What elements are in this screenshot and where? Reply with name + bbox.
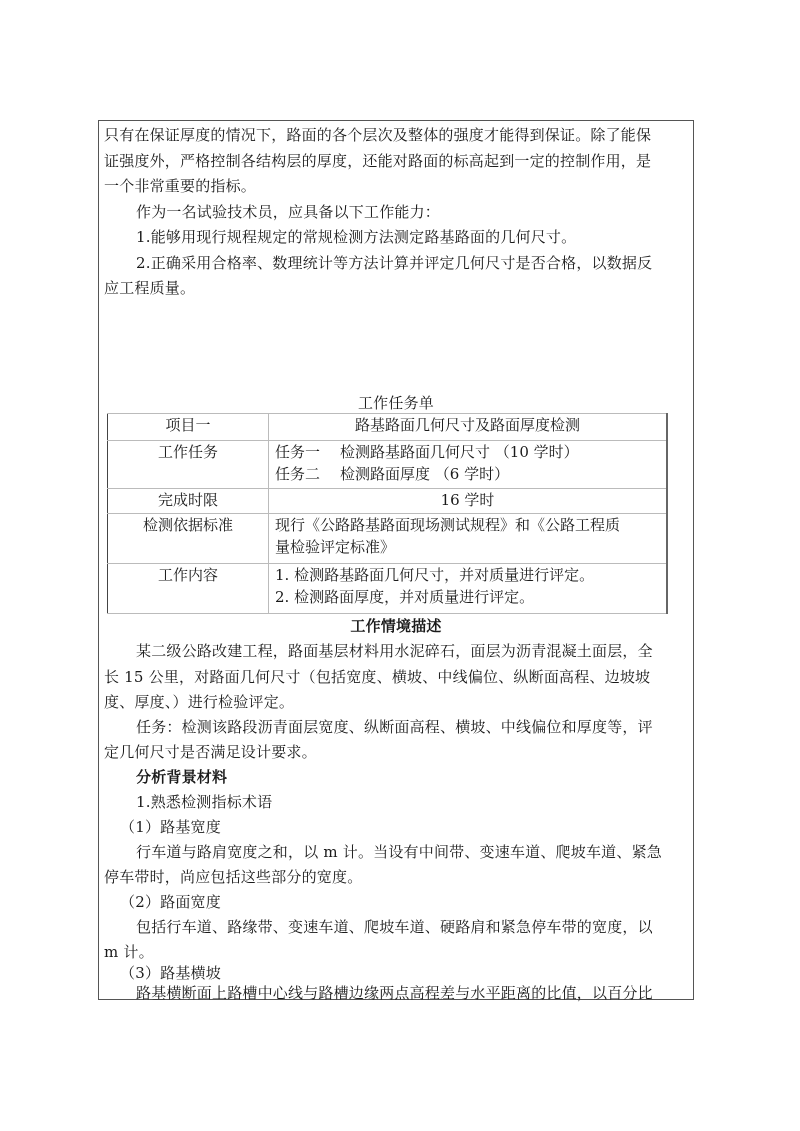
- term-3-line1: 路基横断面上路槽中心线与路槽边缘两点高程差与水平距离的比值，以百分比: [104, 982, 726, 1004]
- row-value: 1. 检测路基路面几何尺寸，并对质量进行评定。 2. 检测路面厚度，并对质量进行…: [269, 564, 668, 614]
- task1-desc: 检测路基路面几何尺寸 （10 学时）: [340, 443, 579, 461]
- task1-name: 任务一: [275, 443, 320, 461]
- row-value: 路基路面几何尺寸及路面厚度检测: [269, 414, 668, 441]
- abilities-intro: 作为一名试验技术员，应具备以下工作能力：: [104, 201, 726, 223]
- scenario-para1-line1: 某二级公路改建工程，路面基层材料用水泥碎石，面层为沥青混凝土面层，全: [104, 640, 726, 662]
- task2-name: 任务二: [275, 465, 320, 483]
- row-value: 16 学时: [269, 489, 668, 514]
- content-item-1: 1. 检测路基路面几何尺寸，并对质量进行评定。: [275, 564, 660, 586]
- term-3-title: （3）路基横坡: [104, 962, 710, 984]
- table-row: 工作内容 1. 检测路基路面几何尺寸，并对质量进行评定。 2. 检测路面厚度，并…: [108, 564, 668, 614]
- row-label: 完成时限: [108, 489, 269, 514]
- table-row: 项目一 路基路面几何尺寸及路面厚度检测: [108, 414, 668, 441]
- scenario-para2-line1: 任务：检测该路段沥青面层宽度、纵断面高程、横坡、中线偏位和厚度等，评: [104, 716, 726, 738]
- table-row: 完成时限 16 学时: [108, 489, 668, 514]
- term-1-line1: 行车道与路肩宽度之和，以 m 计。当设有中间带、变速车道、爬坡车道、紧急: [104, 841, 726, 863]
- scenario-para1-line3: 度、厚度、）进行检验评定。: [104, 691, 694, 713]
- scenario-para1-line2: 长 15 公里，对路面几何尺寸（包括宽度、横坡、中线偏位、纵断面高程、边坡坡: [104, 666, 694, 688]
- task2-desc: 检测路面厚度 （6 学时）: [340, 465, 509, 483]
- task-sheet-table: 项目一 路基路面几何尺寸及路面厚度检测 工作任务 任务一检测路基路面几何尺寸 （…: [107, 413, 668, 614]
- scenario-para2-line2: 定几何尺寸是否满足设计要求。: [104, 741, 694, 763]
- term-1-line2: 停车带时，尚应包括这些部分的宽度。: [104, 866, 694, 888]
- task-sheet-title: 工作任务单: [98, 392, 694, 414]
- row-value: 任务一检测路基路面几何尺寸 （10 学时） 任务二检测路面厚度 （6 学时）: [269, 441, 668, 489]
- section-1-heading: 1.熟悉检测指标术语: [104, 791, 726, 813]
- scenario-title: 工作情境描述: [98, 615, 694, 637]
- intro-line-1: 只有在保证厚度的情况下，路面的各个层次及整体的强度才能得到保证。除了能保: [104, 124, 694, 146]
- row-label: 工作内容: [108, 564, 269, 614]
- term-1-title: （1）路基宽度: [104, 816, 710, 838]
- row-label: 检测依据标准: [108, 514, 269, 564]
- intro-line-3: 一个非常重要的指标。: [104, 175, 694, 197]
- table-row: 工作任务 任务一检测路基路面几何尺寸 （10 学时） 任务二检测路面厚度 （6 …: [108, 441, 668, 489]
- term-2-line1: 包括行车道、路缘带、变速车道、爬坡车道、硬路肩和紧急停车带的宽度，以: [104, 916, 726, 938]
- content-item-2: 2. 检测路面厚度，并对质量进行评定。: [275, 586, 660, 608]
- row-label: 项目一: [108, 414, 269, 441]
- intro-line-2: 证强度外，严格控制各结构层的厚度，还能对路面的标高起到一定的控制作用，是: [104, 150, 694, 172]
- term-2-title: （2）路面宽度: [104, 891, 710, 913]
- ability-2-line-2: 应工程质量。: [104, 277, 694, 299]
- standard-line-1: 现行《公路路基路面现场测试规程》和《公路工程质: [275, 514, 660, 536]
- standard-line-2: 量检验评定标准》: [275, 536, 660, 558]
- row-label: 工作任务: [108, 441, 269, 489]
- ability-1: 1.能够用现行规程规定的常规检测方法测定路基路面的几何尺寸。: [104, 226, 726, 248]
- background-title: 分析背景材料: [104, 766, 726, 788]
- ability-2-line-1: 2.正确采用合格率、数理统计等方法计算并评定几何尺寸是否合格，以数据反: [104, 252, 726, 274]
- row-value: 现行《公路路基路面现场测试规程》和《公路工程质 量检验评定标准》: [269, 514, 668, 564]
- term-2-line2: m 计。: [104, 941, 694, 963]
- table-row: 检测依据标准 现行《公路路基路面现场测试规程》和《公路工程质 量检验评定标准》: [108, 514, 668, 564]
